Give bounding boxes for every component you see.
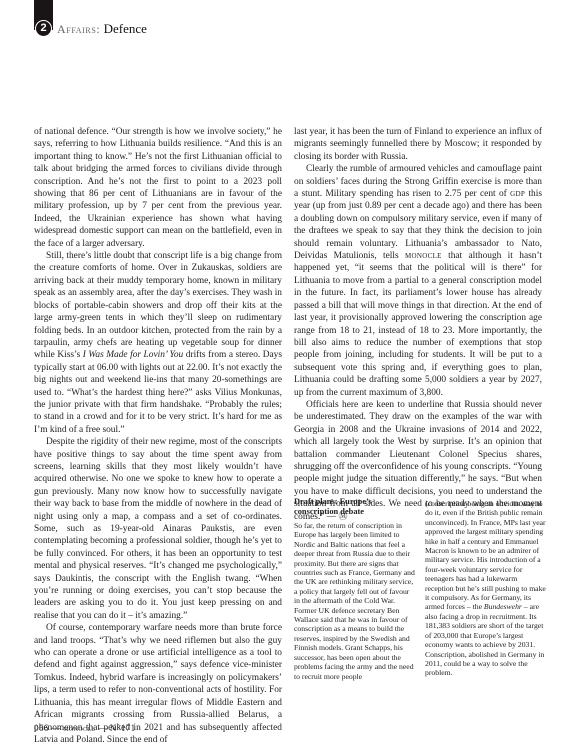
acronym-gdp: gdp (510, 189, 525, 199)
section-kicker: Affairs: (57, 22, 100, 36)
sidebar-text: – are also facing a drop in recruitment.… (425, 602, 544, 677)
section-header: Affairs: Defence (57, 21, 147, 37)
article-column-left: of national defence. “Our strength is ho… (34, 126, 282, 716)
paragraph-text: Clearly the rumble of armoured vehicles … (294, 164, 542, 199)
paragraph: of national defence. “Our strength is ho… (34, 126, 282, 250)
paragraph: Still, there’s little doubt that conscri… (34, 250, 282, 436)
page-number: 066 (34, 723, 49, 733)
sidebar-title: Draft plans: Europe’s conscription debat… (294, 497, 414, 518)
page-footer: 066 — monocle — N°171 (34, 723, 136, 733)
paragraph-text: that although it hasn’t happened yet, “i… (294, 251, 542, 397)
article-column-right: last year, it has been the turn of Finla… (294, 126, 542, 486)
paragraph: last year, it has been the turn of Finla… (294, 126, 542, 163)
issue-number: N°171 (110, 723, 136, 733)
paragraph-text: drifts from a stereo. Days typically sta… (34, 350, 282, 434)
paragraph-text: Still, there’s little doubt that conscri… (34, 251, 282, 360)
section-number-badge: 2 (35, 20, 52, 37)
section-title: Defence (104, 21, 147, 36)
paragraph: Despite the rigidity of their new regime… (34, 436, 282, 622)
separator: — (51, 723, 60, 733)
paragraph: Clearly the rumble of armoured vehicles … (294, 163, 542, 399)
sidebar-column-left: So far, the return of conscription in Eu… (294, 521, 415, 681)
publication-name: monocle (405, 251, 442, 261)
sidebar-column-right: (conscription being an obvious way to do… (425, 499, 546, 678)
song-title: I Was Made for Lovin’ You (83, 350, 183, 360)
publication-name: monocle (63, 723, 95, 733)
separator: — (98, 723, 107, 733)
sidebar-text: (conscription being an obvious way to do… (425, 499, 546, 611)
bundeswehr-term: Bundeswehr (484, 602, 522, 611)
